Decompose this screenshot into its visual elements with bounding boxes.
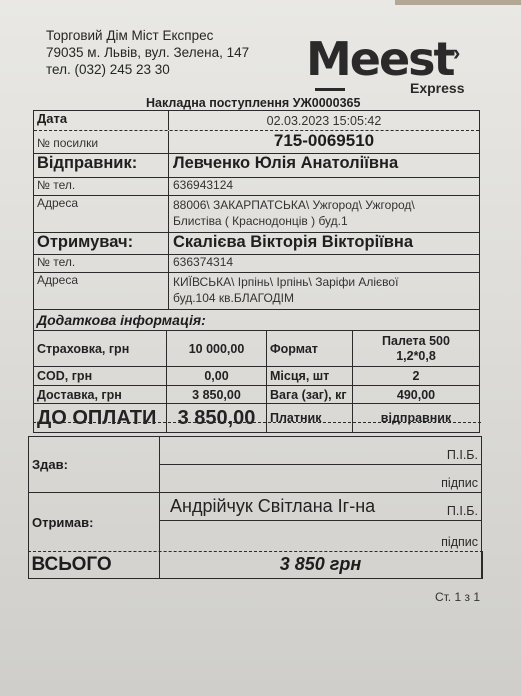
recipient-address-label: Адреса <box>34 273 169 309</box>
waybill-table: Дата 02.03.2023 15:05:42 № посилки 715-0… <box>33 110 480 433</box>
recipient-address-row: Адреса КИЇВСЬКА\ Ірпінь\ Ірпінь\ Заріфи … <box>34 273 479 310</box>
insurance-label: Страховка, грн <box>34 331 167 367</box>
sender-header: Відправник: <box>34 154 169 177</box>
parcel-row: № посилки 715-0069510 <box>34 131 479 154</box>
additional-info-grid: Страховка, грн 10 000,00 Формат Палета 5… <box>34 331 479 432</box>
date-label: Дата <box>34 111 169 130</box>
received-row: Отримав: Андрійчук Світлана Іг-на П.І.Б.… <box>29 493 481 551</box>
handed-label: Здав: <box>29 437 160 492</box>
received-name-line: Андрійчук Світлана Іг-на П.І.Б. <box>160 493 481 521</box>
sender-address: 88006\ ЗАКАРПАТСЬКА\ Ужгород\ Ужгород\ Б… <box>169 196 479 232</box>
sender-address-row: Адреса 88006\ ЗАКАРПАТСЬКА\ Ужгород\ Ужг… <box>34 196 479 233</box>
total-value: 3 850 грн <box>160 552 482 578</box>
received-name: Андрійчук Світлана Іг-на <box>170 496 375 517</box>
logo-wordmark: Meest <box>306 36 454 82</box>
company-address: 79035 м. Львів, вул. Зелена, 147 <box>46 44 249 61</box>
date-value: 02.03.2023 15:05:42 <box>169 111 479 130</box>
delivery-label: Доставка, грн <box>34 386 167 404</box>
received-lines: Андрійчук Світлана Іг-на П.І.Б. підпис <box>160 493 481 551</box>
sender-phone-row: № тел. 636943124 <box>34 178 479 196</box>
payer-value: відправник <box>353 404 479 432</box>
signature-table: Здав: П.І.Б. підпис Отримав: Андрійчук С… <box>28 436 482 579</box>
places-label: Місця, шт <box>267 367 353 386</box>
recipient-header-row: Отримувач: Скалієва Вікторія Вікторіївна <box>34 233 479 255</box>
logo-subtitle: Express <box>410 80 464 96</box>
cod-value: 0,00 <box>167 367 267 386</box>
payer-label: Платник <box>267 404 353 432</box>
recipient-address: КИЇВСЬКА\ Ірпінь\ Ірпінь\ Заріфи Алієвої… <box>169 273 479 309</box>
to-pay-label: ДО ОПЛАТИ <box>34 404 167 432</box>
total-label: ВСЬОГО <box>29 552 160 578</box>
format-value: Палета 500 1,2*0,8 <box>353 331 479 367</box>
document-title: Накладна поступлення УЖ0000365 <box>146 96 360 110</box>
parcel-label: № посилки <box>34 131 169 153</box>
meest-logo: Meest › Express <box>306 36 471 96</box>
company-name: Торговий Дім Міст Експрес <box>46 27 249 44</box>
sign-hint: підпис <box>441 535 478 549</box>
sender-phone: 636943124 <box>169 178 479 195</box>
name-hint: П.І.Б. <box>447 448 478 462</box>
to-pay-value: 3 850,00 <box>167 404 267 432</box>
weight-label: Вага (заг), кг <box>267 386 353 404</box>
sender-address-line2: Блистіва ( Краснодонців ) буд.1 <box>173 213 475 229</box>
total-row: ВСЬОГО 3 850 грн <box>28 551 483 579</box>
sender-name: Левченко Юлія Анатоліївна <box>169 154 479 177</box>
page-number: Ст. 1 з 1 <box>435 590 480 604</box>
format-label: Формат <box>267 331 353 367</box>
waybill-document: Торговий Дім Міст Експрес 79035 м. Львів… <box>0 0 521 696</box>
insurance-value: 10 000,00 <box>167 331 267 367</box>
recipient-header: Отримувач: <box>34 233 169 254</box>
sign-hint: підпис <box>441 476 478 490</box>
logo-arrow-icon: › <box>453 40 460 66</box>
sender-phone-label: № тел. <box>34 178 169 195</box>
recipient-phone-label: № тел. <box>34 255 169 272</box>
sender-address-line1: 88006\ ЗАКАРПАТСЬКА\ Ужгород\ Ужгород\ <box>173 197 475 213</box>
recipient-address-line2: буд.104 кв.БЛАГОДІМ <box>173 290 475 306</box>
weight-value: 490,00 <box>353 386 479 404</box>
handed-sign-line: підпис <box>160 465 481 492</box>
sender-address-label: Адреса <box>34 196 169 232</box>
cod-label: COD, грн <box>34 367 167 386</box>
received-label: Отримав: <box>29 493 160 551</box>
date-row: Дата 02.03.2023 15:05:42 <box>34 111 479 131</box>
handed-lines: П.І.Б. підпис <box>160 437 481 492</box>
additional-info-title: Додаткова інформація: <box>34 310 479 331</box>
places-value: 2 <box>353 367 479 386</box>
recipient-address-line1: КИЇВСЬКА\ Ірпінь\ Ірпінь\ Заріфи Алієвої <box>173 274 475 290</box>
recipient-phone-row: № тел. 636374314 <box>34 255 479 273</box>
company-info: Торговий Дім Міст Експрес 79035 м. Львів… <box>46 27 249 78</box>
name-hint: П.І.Б. <box>447 504 478 518</box>
recipient-phone: 636374314 <box>169 255 479 272</box>
recipient-name: Скалієва Вікторія Вікторіївна <box>169 233 479 254</box>
company-phone: тел. (032) 245 23 30 <box>46 61 249 78</box>
parcel-number: 715-0069510 <box>169 131 479 153</box>
handed-name-line: П.І.Б. <box>160 437 481 465</box>
received-sign-line: підпис <box>160 521 481 551</box>
sender-header-row: Відправник: Левченко Юлія Анатоліївна <box>34 154 479 178</box>
dashed-divider <box>33 422 481 423</box>
logo-underline <box>315 88 345 91</box>
handed-row: Здав: П.І.Б. підпис <box>29 437 481 493</box>
delivery-value: 3 850,00 <box>167 386 267 404</box>
